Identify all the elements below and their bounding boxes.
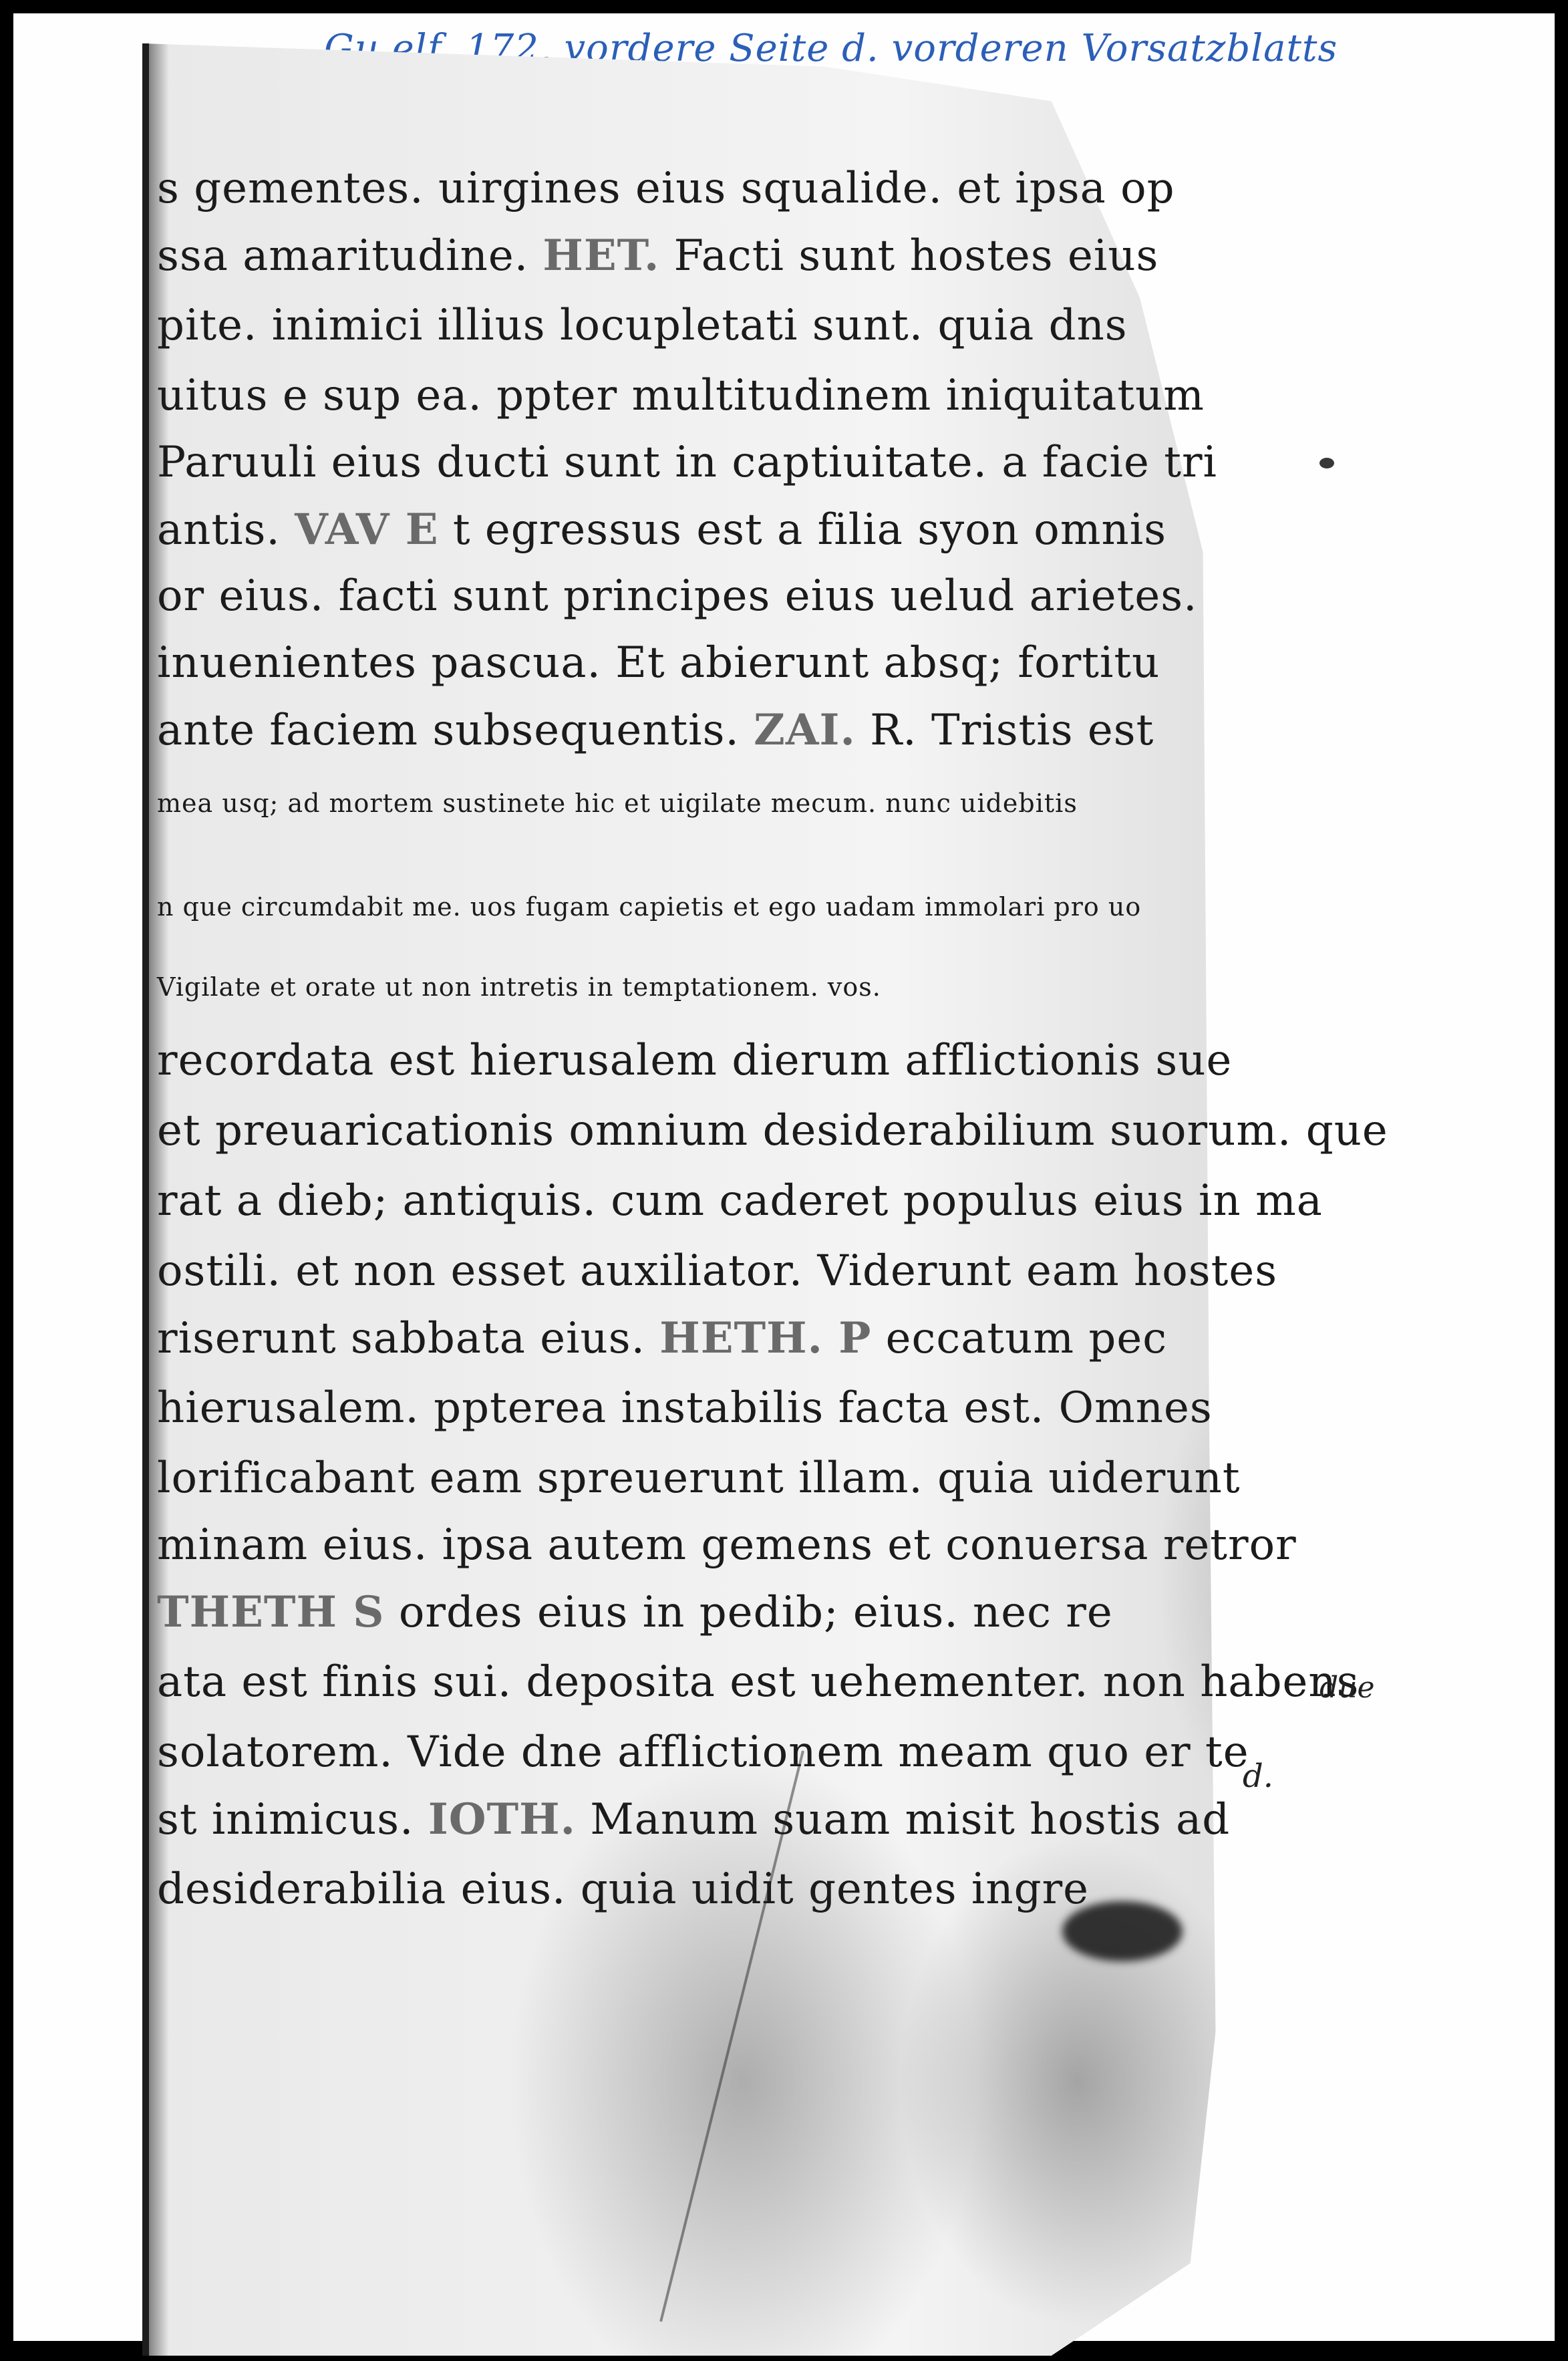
photo-frame: Gu.elf. 172, vordere Seite d. vorderen V… [13, 13, 1555, 2341]
text-line: minam eius. ipsa autem gemens et conuers… [157, 1520, 1297, 1570]
margin-note: d. [1243, 1758, 1273, 1795]
margin-note: due [1319, 1671, 1375, 1705]
text-line: pite. inimici illius locupletati sunt. q… [157, 301, 1128, 350]
binding-edge [142, 43, 149, 2356]
rubric-letter: HETH. P [659, 1313, 871, 1363]
rubric-letter: HET. [542, 231, 659, 281]
text-line: et preuaricationis omnium desiderabilium… [157, 1106, 1388, 1155]
rubric-letter: VAV E [295, 505, 438, 555]
text-line: ssa amaritudine. HET. Facti sunt hostes … [157, 231, 1158, 281]
rubric-letter: IOTH. [428, 1794, 576, 1844]
text-line: Paruuli eius ducti sunt in captiuitate. … [157, 438, 1217, 487]
rubric-letter: THETH S [157, 1587, 384, 1637]
ink-stain [1319, 458, 1334, 468]
text-line: inuenientes pascua. Et abierunt absq; fo… [157, 638, 1160, 688]
text-line: s gementes. uirgines eius squalide. et i… [157, 164, 1175, 213]
text-line: st inimicus. IOTH. Manum suam misit host… [157, 1794, 1230, 1844]
text-line: riserunt sabbata eius. HETH. P eccatum p… [157, 1313, 1167, 1363]
text-line: rat a dieb; antiquis. cum caderet populu… [157, 1176, 1323, 1226]
text-line: recordata est hierusalem dierum afflicti… [157, 1036, 1232, 1085]
text-line: THETH S ordes eius in pedib; eius. nec r… [157, 1587, 1113, 1637]
text-line: desiderabilia eius. quia uidit gentes in… [157, 1864, 1089, 1914]
text-line: lorificabant eam spreuerunt illam. quia … [157, 1453, 1241, 1503]
text-line: ante faciem subsequentis. ZAI. R. Tristi… [157, 705, 1154, 755]
text-line: ostili. et non esset auxiliator. Viderun… [157, 1246, 1277, 1296]
text-line: solatorem. Vide dne afflictionem meam qu… [157, 1727, 1249, 1777]
text-line-chant: mea usq; ad mortem sustinete hic et uigi… [157, 789, 1078, 818]
text-line: uitus e sup ea. ppter multitudinem iniqu… [157, 371, 1205, 420]
text-line: hierusalem. ppterea instabilis facta est… [157, 1383, 1213, 1433]
text-line-chant: Vigilate et orate ut non intretis in tem… [157, 972, 881, 1002]
rubric-letter: ZAI. [754, 705, 856, 755]
text-line: or eius. facti sunt principes eius uelud… [157, 571, 1197, 621]
text-line-chant: n que circumdabit me. uos fugam capietis… [157, 892, 1141, 922]
text-line: antis. VAV E t egressus est a filia syon… [157, 505, 1166, 555]
text-line: ata est finis sui. deposita est uehement… [157, 1657, 1359, 1707]
